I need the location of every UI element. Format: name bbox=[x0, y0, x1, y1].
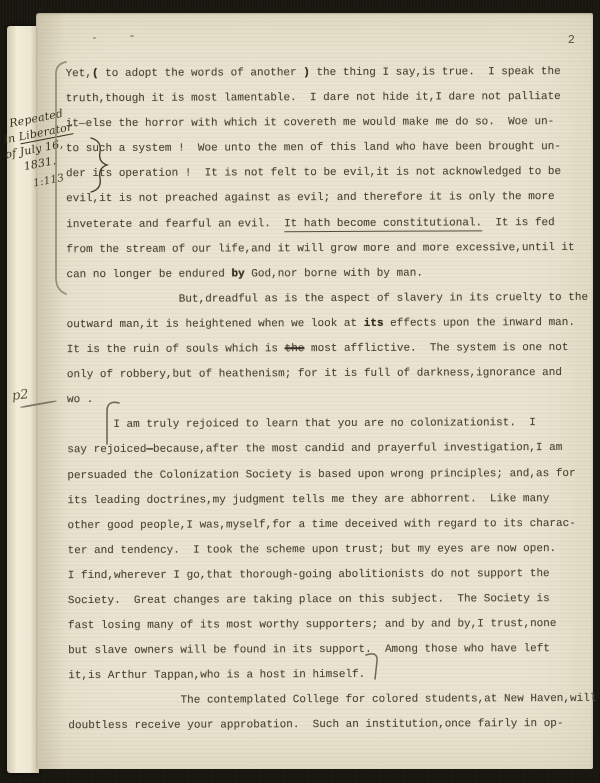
typed-text: ter and tendency. I took the scheme upon… bbox=[68, 543, 557, 557]
typed-text: effects upon the inward man. bbox=[384, 317, 575, 330]
underlined-text: It hath become constitutional. bbox=[284, 217, 482, 232]
typed-line: persuaded the Colonization Society is ba… bbox=[67, 461, 589, 488]
paper-speck bbox=[130, 35, 134, 37]
typed-line: inveterate and fearful an evil. It hath … bbox=[66, 210, 588, 237]
pencil-note-text: p2 bbox=[11, 387, 29, 404]
typed-line: from the stream of our life,and it will … bbox=[66, 236, 588, 263]
typed-text: wo . bbox=[67, 394, 93, 406]
margin-brace-icon bbox=[86, 136, 110, 194]
typed-text: It is fed bbox=[482, 217, 555, 229]
typed-text: inveterate and fearful an evil. bbox=[66, 218, 284, 231]
typed-text: evil,it is not preached against as evil;… bbox=[66, 191, 555, 205]
typed-line: I find,wherever I go,that thorough-going… bbox=[68, 562, 590, 589]
typed-text: most afflictive. The system is one not bbox=[304, 342, 568, 355]
typed-line: It is the ruin of souls which is the mos… bbox=[67, 336, 589, 363]
typed-text: to adopt the words of another bbox=[99, 67, 304, 80]
typed-text: fast losing many of its most worthy supp… bbox=[68, 618, 557, 632]
typed-line: wo . bbox=[67, 386, 589, 413]
pencil-close-bracket-icon bbox=[364, 650, 382, 682]
paper-speck bbox=[93, 37, 96, 39]
typed-line: The contemplated College for colored stu… bbox=[68, 687, 590, 714]
typed-text: But,dreadful as is the aspect of slavery… bbox=[67, 292, 589, 306]
manuscript-page: 2 Yet,( to adopt the words of another ) … bbox=[36, 13, 593, 769]
ink-correction-text: by bbox=[231, 268, 244, 280]
typed-text: because,after the most candid and prayer… bbox=[153, 442, 562, 456]
pencil-open-bracket-icon bbox=[101, 399, 121, 447]
typed-text: its leading doctrines,my judgment tells … bbox=[67, 493, 549, 507]
typed-line: it,is Arthur Tappan,who is a host in him… bbox=[68, 662, 590, 689]
typed-text: I find,wherever I go,that thorough-going… bbox=[68, 568, 550, 582]
typed-text: God,nor borne with by man. bbox=[245, 267, 423, 280]
typed-line: can no longer be endured by God,nor born… bbox=[66, 261, 588, 288]
typed-line: evil,it is not preached against as evil;… bbox=[66, 185, 588, 212]
typed-text: from the stream of our life,and it will … bbox=[66, 242, 574, 256]
typed-letter-body: Yet,( to adopt the words of another ) th… bbox=[66, 60, 591, 740]
typed-text: der its operation ! It is not felt to be… bbox=[66, 166, 561, 180]
typed-line: outward man,it is heightened when we loo… bbox=[67, 311, 589, 338]
ink-correction-text: its bbox=[364, 318, 384, 330]
page-number: 2 bbox=[568, 33, 575, 47]
typed-text: it,is Arthur Tappan,who is a host in him… bbox=[68, 669, 365, 682]
typed-line: say rejoiced—because,after the most cand… bbox=[67, 436, 589, 463]
typed-text: other good people,I was,myself,for a tim… bbox=[68, 518, 576, 532]
typed-text: truth,though it is most lamentable. I da… bbox=[66, 91, 561, 105]
pencil-passage-line-icon bbox=[50, 60, 72, 298]
typed-line: it—else the horror with which it coveret… bbox=[66, 110, 588, 137]
typed-line: only of robbery,but of heathenism; for i… bbox=[67, 361, 589, 388]
typed-text: it—else the horror with which it coveret… bbox=[66, 116, 555, 130]
typed-text: It is the ruin of souls which is bbox=[67, 343, 285, 356]
typed-text: persuaded the Colonization Society is ba… bbox=[67, 467, 575, 481]
typed-text: but slave owners will be found in its su… bbox=[68, 643, 550, 657]
typed-text: the thing I say,is true. I speak the bbox=[310, 66, 561, 79]
pencil-page-note: p2 bbox=[11, 387, 29, 404]
typed-line: to such a system ! Woe unto the men of t… bbox=[66, 135, 588, 162]
typed-line: Yet,( to adopt the words of another ) th… bbox=[66, 60, 588, 87]
typed-line: But,dreadful as is the aspect of slavery… bbox=[67, 286, 589, 313]
typed-line: Society. Great changes are taking place … bbox=[68, 587, 590, 614]
typed-text: doubtless receive your approbation. Such… bbox=[68, 718, 563, 732]
typed-line: fast losing many of its most worthy supp… bbox=[68, 612, 590, 639]
typed-text: can no longer be endured bbox=[66, 268, 231, 281]
typed-line: doubtless receive your approbation. Such… bbox=[68, 712, 590, 739]
typed-line: but slave owners will be found in its su… bbox=[68, 637, 590, 664]
typed-text: only of robbery,but of heathenism; for i… bbox=[67, 367, 562, 381]
typed-line: truth,though it is most lamentable. I da… bbox=[66, 85, 588, 112]
typed-line: other good people,I was,myself,for a tim… bbox=[67, 512, 589, 539]
scanned-manuscript-photo: 2 Yet,( to adopt the words of another ) … bbox=[0, 0, 600, 783]
handwritten-margin-note: Repeated in Liberator of July 16, 1831. … bbox=[0, 103, 89, 195]
typed-line: its leading doctrines,my judgment tells … bbox=[67, 486, 589, 513]
typed-text: The contemplated College for colored stu… bbox=[68, 693, 596, 707]
struck-text: the bbox=[285, 343, 305, 355]
typed-text: outward man,it is heightened when we loo… bbox=[67, 318, 364, 331]
typed-line: I am truly rejoiced to learn that you ar… bbox=[67, 411, 589, 438]
typed-line: der its operation ! It is not felt to be… bbox=[66, 160, 588, 187]
typed-text: Society. Great changes are taking place … bbox=[68, 593, 550, 607]
typed-text: to such a system ! Woe unto the men of t… bbox=[66, 141, 561, 155]
typed-line: ter and tendency. I took the scheme upon… bbox=[68, 537, 590, 564]
typed-text: I am truly rejoiced to learn that you ar… bbox=[67, 417, 536, 431]
